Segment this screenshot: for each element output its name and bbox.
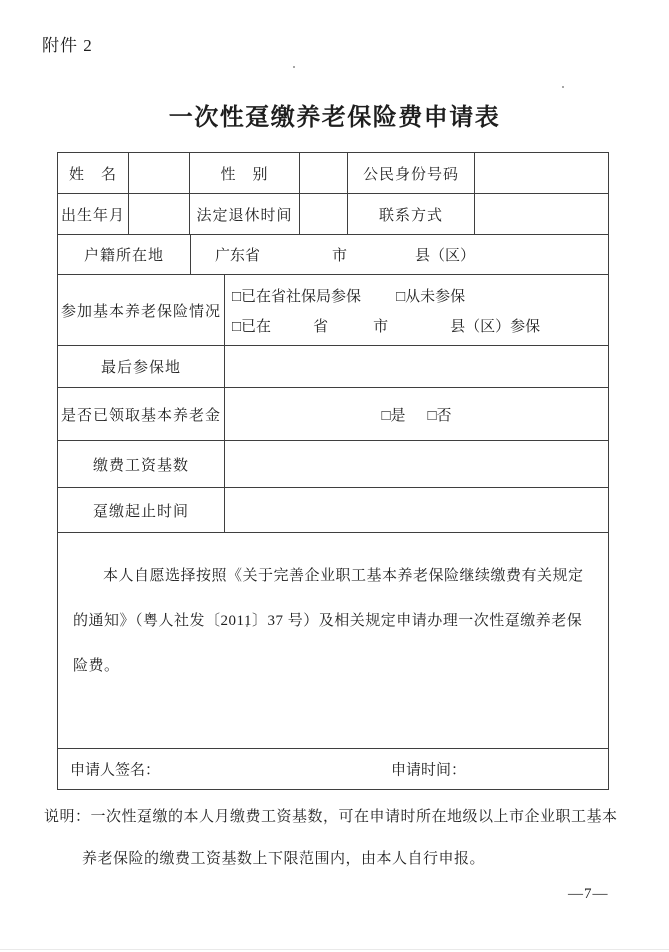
birth-date-label: 出生年月 <box>58 194 128 234</box>
insurance-option-line-2: □已在 省 市 县（区）参保 <box>232 315 540 336</box>
retirement-time-label: 法定退休时间 <box>189 194 299 234</box>
last-insured-place-value-cell <box>224 346 608 387</box>
table-row-payment-period: 趸缴起止时间 <box>58 487 608 532</box>
scan-speck <box>293 66 295 68</box>
checkbox-no: □否 <box>428 404 452 425</box>
name-value-cell <box>128 153 189 193</box>
table-row-household: 户籍所在地 广东省 市 县（区） <box>58 234 608 274</box>
table-row-name: 姓 名 性 别 公民身份号码 <box>58 153 608 193</box>
wage-base-label: 缴费工资基数 <box>58 441 224 487</box>
last-insured-place-label: 最后参保地 <box>58 346 224 387</box>
checkbox-never-insured: □从未参保 <box>396 285 465 306</box>
household-city: 市 <box>332 244 347 265</box>
note-prefix: 说明： <box>44 809 91 825</box>
scan-speck <box>562 86 564 88</box>
gender-value-cell <box>299 153 347 193</box>
household-province: 广东省 <box>215 244 260 265</box>
application-time-label: 申请时间： <box>391 759 466 780</box>
table-row-last-place: 最后参保地 <box>58 345 608 387</box>
citizen-id-value-cell <box>474 153 608 193</box>
household-county: 县（区） <box>415 244 475 265</box>
wage-base-value-cell <box>224 441 608 487</box>
contact-value-cell <box>474 194 608 234</box>
scanned-document-page: 附件 2 一次性趸缴养老保险费申请表 姓 名 性 别 公民身份号码 出生年月 法… <box>0 0 669 952</box>
page-number: —7— <box>568 886 609 903</box>
household-value-cell: 广东省 市 县（区） <box>190 235 608 274</box>
gender-label: 性 别 <box>189 153 299 193</box>
page-title: 一次性趸缴养老保险费申请表 <box>0 97 669 132</box>
payment-period-label: 趸缴起止时间 <box>58 488 224 532</box>
checkbox-provincial-bureau: □已在省社保局参保 <box>232 285 361 306</box>
other-place-province: 省 <box>313 315 328 336</box>
household-label: 户籍所在地 <box>58 235 190 274</box>
table-row-insurance: 参加基本养老保险情况 □已在省社保局参保 □从未参保 □已在 省 市 县（区）参… <box>58 274 608 345</box>
table-row-pension-received: 是否已领取基本养老金 □是 □否 <box>58 387 608 440</box>
scan-edge-artifact <box>0 949 669 950</box>
checkbox-yes: □是 <box>381 404 405 425</box>
other-place-county-suffix: 县（区）参保 <box>450 315 540 336</box>
declaration-paragraph: 本人自愿选择按照《关于完善企业职工基本养老保险继续缴费有关规定的通知》（粤人社发… <box>58 533 608 689</box>
birth-date-value-cell <box>128 194 189 234</box>
explanatory-note: 说明：一次性趸缴的本人月缴费工资基数，可在申请时所在地级以上市企业职工基本养老保… <box>44 796 630 880</box>
insurance-options-cell: □已在省社保局参保 □从未参保 □已在 省 市 县（区）参保 <box>224 275 608 345</box>
table-row-signature: 申请人签名： 申请时间： <box>58 748 608 789</box>
contact-label: 联系方式 <box>347 194 474 234</box>
attachment-label: 附件 2 <box>42 31 93 56</box>
checkbox-other-place-prefix: □已在 <box>232 315 271 336</box>
citizen-id-label: 公民身份号码 <box>347 153 474 193</box>
application-form-table: 姓 名 性 别 公民身份号码 出生年月 法定退休时间 联系方式 户籍所在地 广东… <box>57 152 609 790</box>
name-label: 姓 名 <box>58 153 128 193</box>
insurance-status-label: 参加基本养老保险情况 <box>58 275 224 345</box>
pension-received-options-cell: □是 □否 <box>224 388 608 440</box>
pension-received-label: 是否已领取基本养老金 <box>58 388 224 440</box>
retirement-time-value-cell <box>299 194 347 234</box>
other-place-city: 市 <box>373 315 388 336</box>
scan-speck <box>246 625 248 627</box>
table-row-declaration: 本人自愿选择按照《关于完善企业职工基本养老保险继续缴费有关规定的通知》（粤人社发… <box>58 532 608 748</box>
insurance-option-line-1: □已在省社保局参保 □从未参保 <box>232 285 465 306</box>
table-row-birth: 出生年月 法定退休时间 联系方式 <box>58 193 608 234</box>
applicant-signature-label: 申请人签名： <box>70 759 160 780</box>
table-row-wage-base: 缴费工资基数 <box>58 440 608 487</box>
note-text: 一次性趸缴的本人月缴费工资基数，可在申请时所在地级以上市企业职工基本养老保险的缴… <box>82 809 618 867</box>
payment-period-value-cell <box>224 488 608 532</box>
